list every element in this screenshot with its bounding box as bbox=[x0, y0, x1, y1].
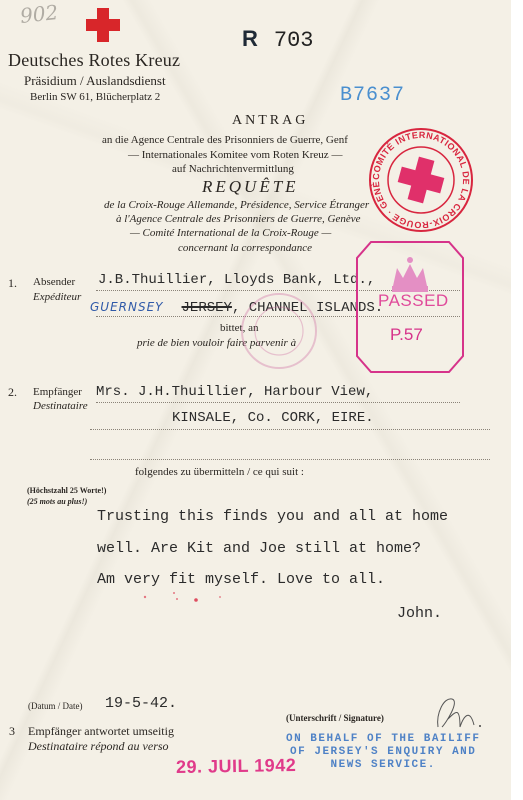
title-line-de-2: — Internationales Komitee vom Roten Kreu… bbox=[128, 149, 342, 161]
title-line-fr-3: — Comité International de la Croix-Rouge… bbox=[130, 227, 331, 239]
reply-note-fr: Destinataire répond au verso bbox=[28, 739, 169, 754]
date-value: 19-5-42. bbox=[105, 695, 177, 712]
title-line-de-3: auf Nachrichtenvermittlung bbox=[172, 163, 294, 175]
received-date-stamp: 29. JUIL 1942 bbox=[176, 755, 297, 778]
stamped-serial-number: B7637 bbox=[340, 84, 405, 107]
recipient-line-2-rule bbox=[90, 429, 490, 430]
form-title-fr: REQUÊTE bbox=[202, 177, 299, 197]
ink-spots-decoration bbox=[140, 590, 230, 604]
faint-circular-stamp bbox=[240, 292, 318, 370]
reference-prefix: R bbox=[242, 26, 258, 51]
form-title-de: ANTRAG bbox=[232, 113, 308, 129]
red-cross-icon bbox=[86, 8, 120, 42]
recipient-label-de: Empfänger bbox=[33, 386, 82, 398]
struck-out-text: JERSEY bbox=[182, 300, 232, 316]
sender-label-fr: Expéditeur bbox=[33, 291, 81, 303]
sender-line-1: J.B.Thuillier, Lloyds Bank, Ltd., bbox=[98, 272, 375, 288]
recipient-label-fr: Destinataire bbox=[33, 400, 88, 412]
sender-label-de: Absender bbox=[33, 276, 75, 288]
recipient-line-2: KINSALE, Co. CORK, EIRE. bbox=[172, 410, 374, 426]
handwritten-correction: GUERNSEY bbox=[90, 300, 164, 314]
section-2-number: 2. bbox=[8, 385, 17, 400]
word-limit-fr: (25 mots au plus!) bbox=[27, 497, 87, 506]
organization-address: Berlin SW 61, Blücherplatz 2 bbox=[30, 91, 160, 103]
recipient-line-1-rule bbox=[96, 402, 460, 403]
sender-line-2: GUERNSEY JERSEY, CHANNEL ISLANDS. bbox=[90, 298, 383, 316]
bailiff-service-stamp: ON BEHALF OF THE BAILIFF OF JERSEY'S ENQ… bbox=[286, 733, 480, 772]
message-line-1: Trusting this finds you and all at home bbox=[97, 508, 448, 525]
signature-scrawl bbox=[430, 693, 490, 733]
recipient-line-1: Mrs. J.H.Thuillier, Harbour View, bbox=[96, 384, 373, 400]
red-cross-message-form: 902 Deutsches Rotes Kreuz Präsidium / Au… bbox=[0, 0, 511, 800]
organization-name: Deutsches Rotes Kreuz bbox=[8, 50, 180, 71]
reference-digits: 703 bbox=[274, 28, 314, 53]
title-line-fr-1: de la Croix-Rouge Allemande, Présidence,… bbox=[104, 199, 369, 211]
message-signoff: John. bbox=[397, 605, 442, 622]
organization-department: Präsidium / Auslandsdienst bbox=[24, 73, 166, 89]
signature-label: (Unterschrift / Signature) bbox=[286, 713, 384, 723]
reference-number: R703 bbox=[242, 26, 314, 53]
title-line-fr-4: concernant la correspondance bbox=[178, 242, 312, 254]
word-limit-de: (Höchstzahl 25 Worte!) bbox=[27, 486, 106, 495]
title-line-de-1: an die Agence Centrale des Prisonniers d… bbox=[102, 134, 348, 146]
section-3-number: 3 bbox=[9, 724, 15, 739]
reply-note-de: Empfänger antwortet umseitig bbox=[28, 724, 174, 739]
pencil-annotation: 902 bbox=[19, 0, 59, 28]
passed-code: P.57 bbox=[390, 325, 423, 345]
message-intro: folgendes zu übermitteln / ce qui suit : bbox=[135, 466, 304, 478]
message-line-2: well. Are Kit and Joe still at home? bbox=[97, 540, 421, 557]
section-1-number: 1. bbox=[8, 276, 17, 291]
passed-label: PASSED bbox=[378, 291, 449, 311]
icrc-geneva-stamp: COMITÉ INTERNATIONAL DE LA CROIX-ROUGE ·… bbox=[368, 127, 474, 233]
date-label: (Datum / Date) bbox=[28, 701, 82, 711]
title-line-fr-2: à l'Agence Centrale des Prisonniers de G… bbox=[116, 213, 361, 225]
message-line-3: Am very fit myself. Love to all. bbox=[97, 571, 385, 588]
recipient-line-3-rule bbox=[90, 459, 490, 460]
